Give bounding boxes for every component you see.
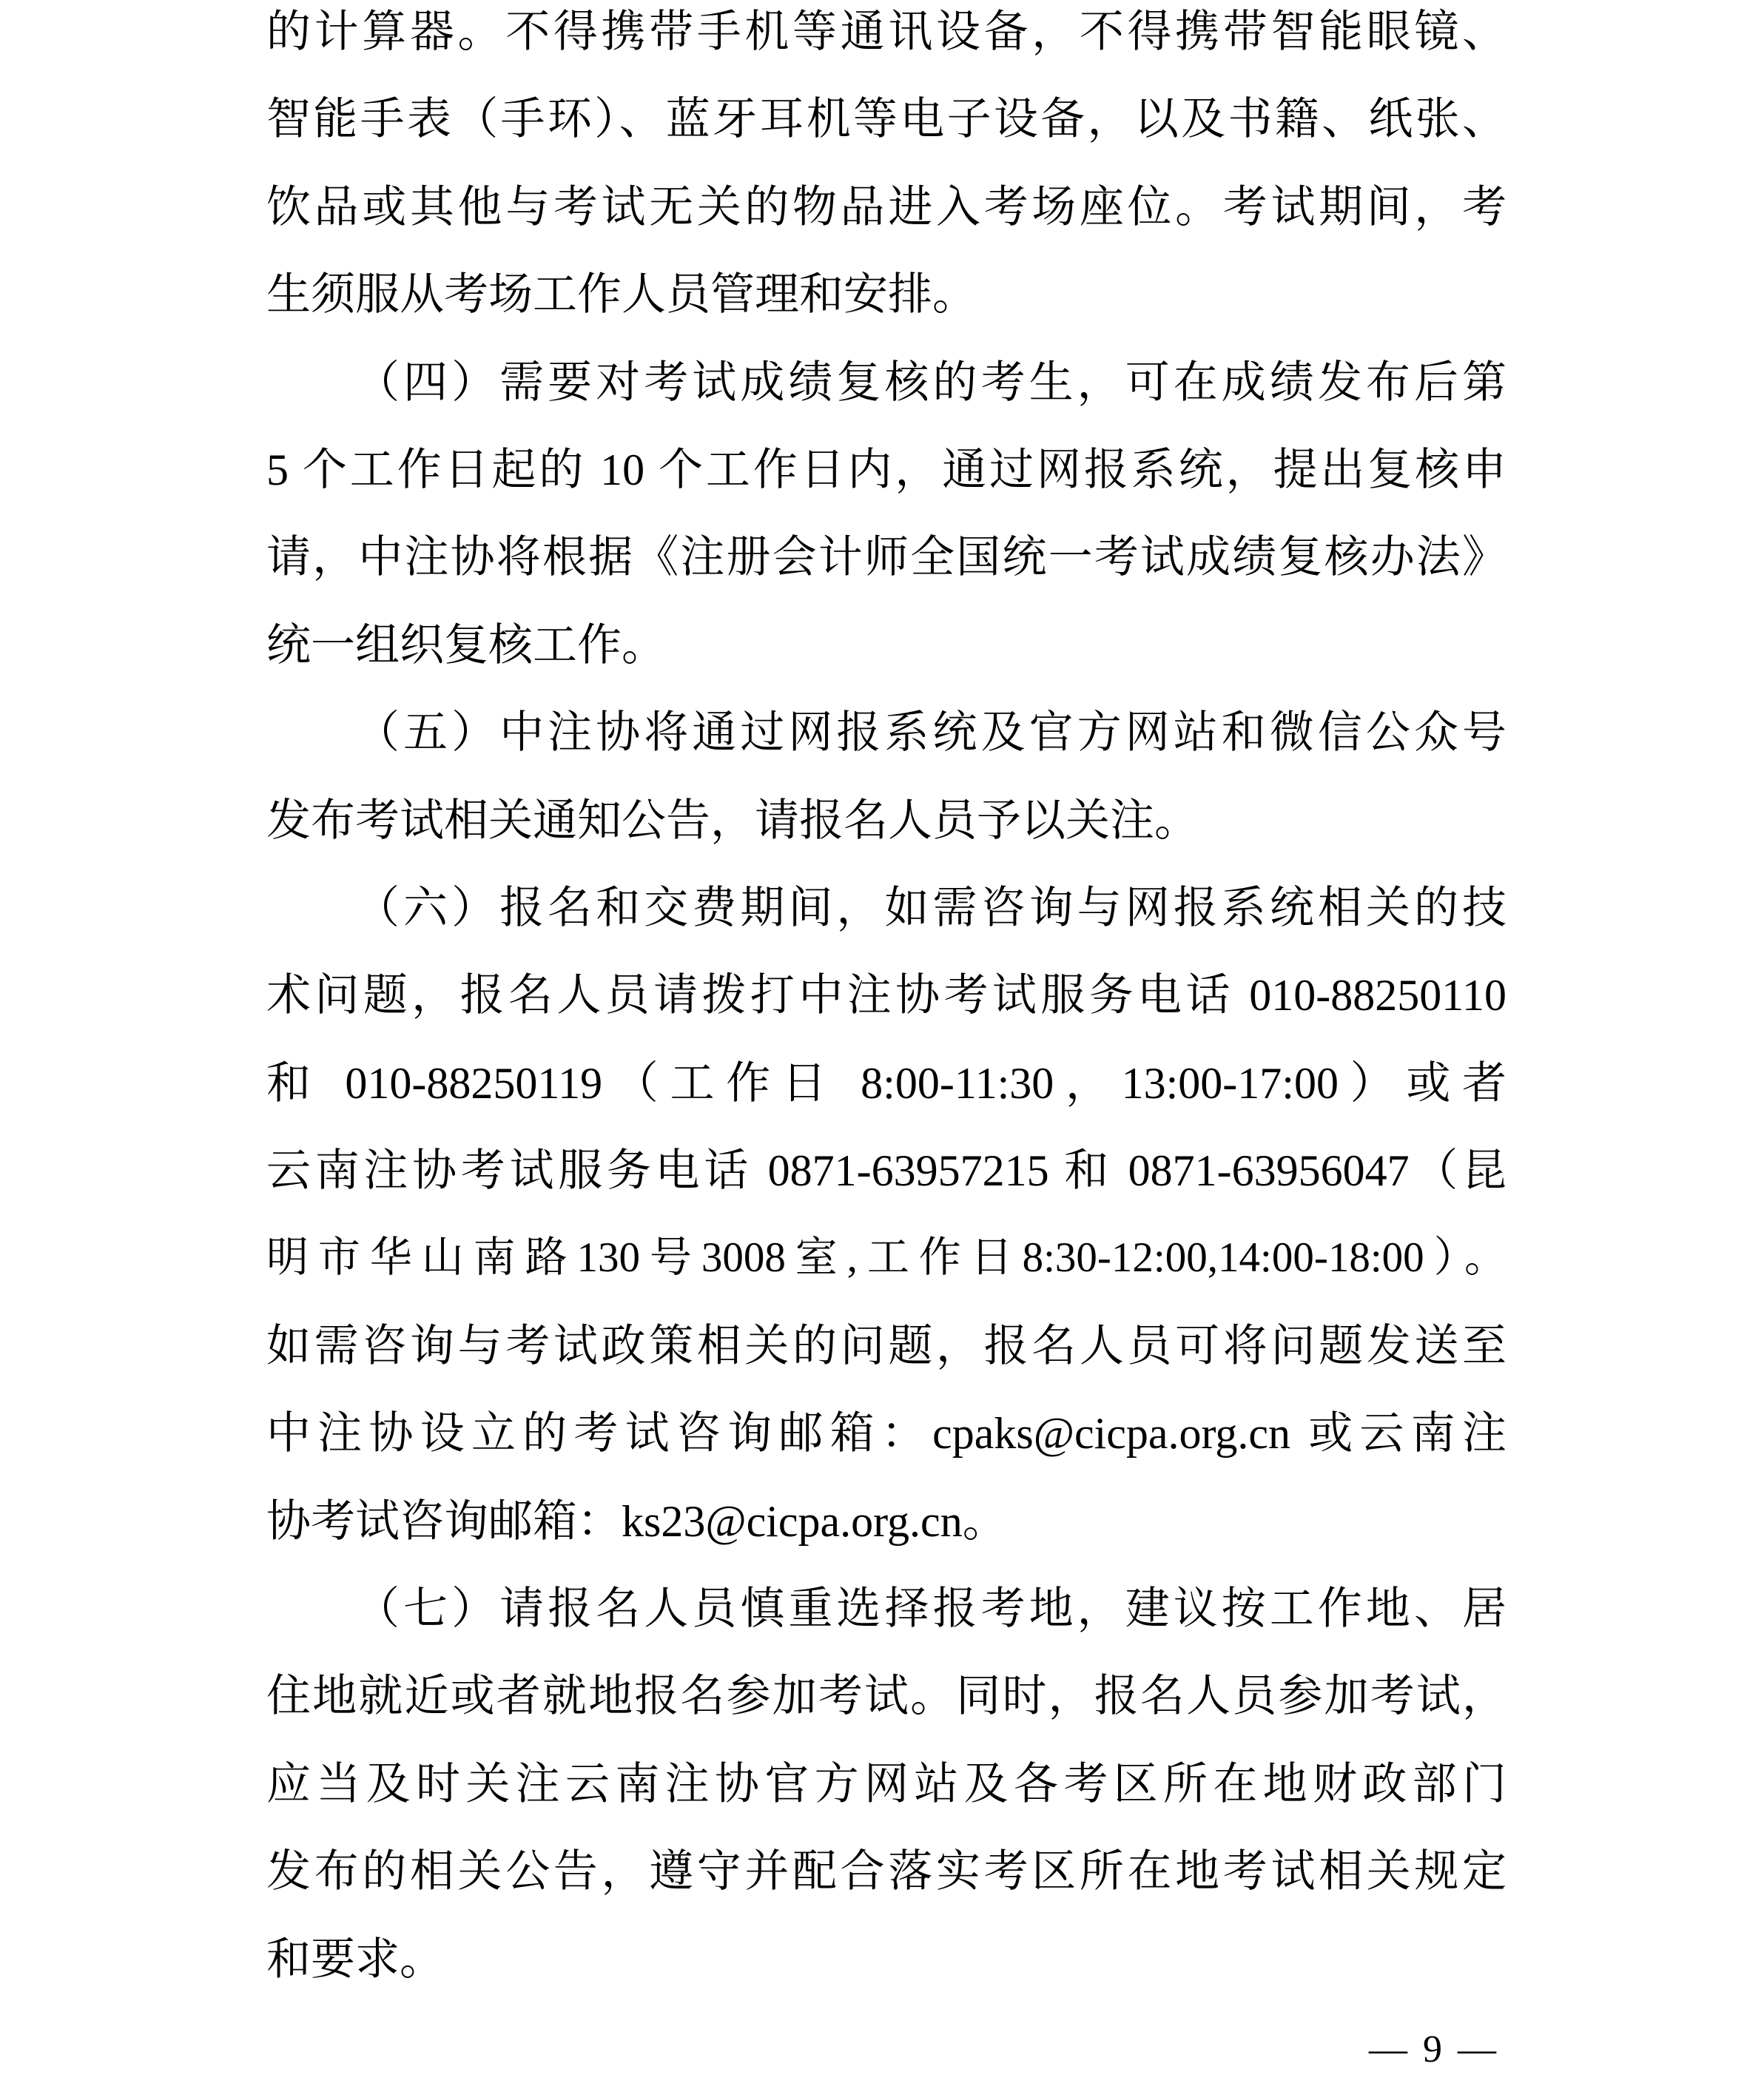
page-number: — 9 — xyxy=(1369,2028,1499,2072)
text-line: 应当及时关注云南注协官方网站及各考区所在地财政部门 xyxy=(266,1740,1507,1828)
text-line: 5 个工作日起的 10 个工作日内，通过网报系统，提出复核申 xyxy=(266,426,1507,514)
text-line: 住地就近或者就地报名参加考试。同时，报名人员参加考试， xyxy=(266,1652,1507,1740)
text-line: 术问题，报名人员请拨打中注协考试服务电话 010-88250110 xyxy=(266,952,1507,1039)
text-line: 和 010-88250119（工作日 8:00-11:30，13:00-17:0… xyxy=(266,1040,1507,1127)
text-line: 的计算器。不得携带手机等通讯设备，不得携带智能眼镜、 xyxy=(266,0,1507,75)
text-line: 发布考试相关通知公告，请报名人员予以关注。 xyxy=(266,777,1507,864)
text-line: 统一组织复核工作。 xyxy=(266,602,1507,689)
text-line: 中注协设立的考试咨询邮箱：cpaks@cicpa.org.cn 或云南注 xyxy=(266,1390,1507,1477)
text-line: （六）报名和交费期间，如需咨询与网报系统相关的技 xyxy=(266,864,1507,952)
text-line: 发布的相关公告，遵守并配合落实考区所在地考试相关规定 xyxy=(266,1828,1507,1915)
text-line: （四）需要对考试成绩复核的考生，可在成绩发布后第 xyxy=(266,339,1507,426)
text-line: 饮品或其他与考试无关的物品进入考场座位。考试期间，考 xyxy=(266,164,1507,251)
text-line: 明市华山南路130号3008室,工作日8:30-12:00,14:00-18:0… xyxy=(266,1214,1507,1302)
text-line: 协考试咨询邮箱：ks23@cicpa.org.cn。 xyxy=(266,1478,1507,1565)
text-line: 智能手表（手环）、蓝牙耳机等电子设备，以及书籍、纸张、 xyxy=(266,75,1507,163)
text-line: 生须服从考场工作人员管理和安排。 xyxy=(266,251,1507,338)
document-body: 的计算器。不得携带手机等通讯设备，不得携带智能眼镜、 智能手表（手环）、蓝牙耳机… xyxy=(266,0,1507,2003)
text-line: 云南注协考试服务电话 0871-63957215 和 0871-63956047… xyxy=(266,1127,1507,1214)
text-line: 和要求。 xyxy=(266,1916,1507,2003)
document-page: 的计算器。不得携带手机等通讯设备，不得携带智能眼镜、 智能手表（手环）、蓝牙耳机… xyxy=(0,0,1764,2089)
text-line: 请，中注协将根据《注册会计师全国统一考试成绩复核办法》 xyxy=(266,514,1507,601)
text-line: 如需咨询与考试政策相关的问题，报名人员可将问题发送至 xyxy=(266,1302,1507,1390)
text-line: （五）中注协将通过网报系统及官方网站和微信公众号 xyxy=(266,689,1507,776)
text-line: （七）请报名人员慎重选择报考地，建议按工作地、居 xyxy=(266,1565,1507,1652)
